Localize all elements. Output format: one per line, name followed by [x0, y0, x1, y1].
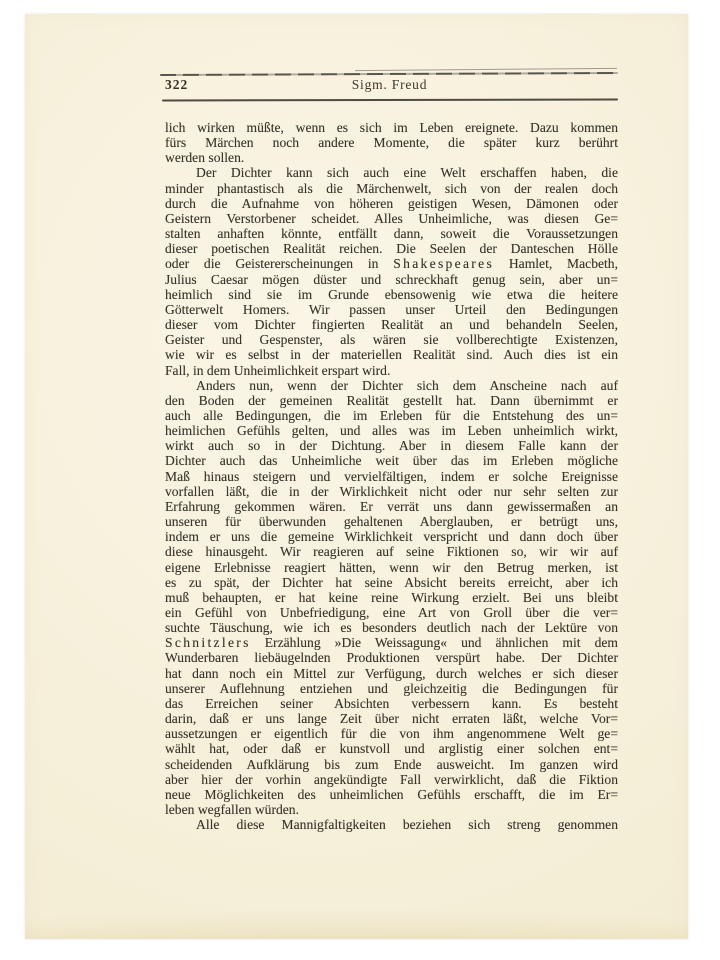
text-line: Julius Caesar mögen düster und schreckha…: [165, 272, 618, 287]
header-rule-bottom: [162, 99, 618, 102]
letter-spaced-word: Shakespeares: [393, 256, 494, 271]
page-header: 322 Sigm. Freud: [163, 77, 616, 95]
book-page-scan: 322 Sigm. Freud lich wirken müßte, wenn …: [0, 0, 720, 960]
text-line: ein Gefühl von Unbefriedigung, eine Art …: [165, 605, 618, 620]
running-head: Sigm. Freud: [163, 77, 616, 93]
text-line: neue Möglichkeiten des unheimlichen Gefü…: [165, 787, 618, 802]
text-line: Der Dichter kann sich auch eine Welt ers…: [165, 165, 618, 180]
text-line: Dichter auch das Unheimliche weit über d…: [165, 453, 618, 468]
text-line: Götterwelt Homers. Wir passen unser Urte…: [165, 302, 618, 317]
text-line: wirkt auch so in der Dichtung. Aber in d…: [165, 438, 618, 453]
text-line: Schnitzlers Erzählung »Die Weissagung« u…: [165, 635, 618, 650]
text-line: Maß hinaus steigern und vervielfältigen,…: [165, 469, 618, 484]
text-line: leben wegfallen würden.: [165, 802, 618, 817]
text-line: Wunderbaren liebäugelnden Produktionen v…: [165, 650, 618, 665]
text-line: Geister und Gespenster, als wären sie vo…: [165, 332, 618, 347]
text-line: wie wir es selbst in der materiellen Rea…: [165, 347, 618, 362]
text-line: aber hier der vorhin angekündigte Fall v…: [165, 772, 618, 787]
text-line: hat dann noch ein Mittel zur Verfügung, …: [165, 666, 618, 681]
text-line: oder die Geistererscheinungen in Shakesp…: [165, 256, 618, 271]
text-line: lich wirken müßte, wenn es sich im Leben…: [165, 120, 618, 135]
text-line: unserer Auflehnung entziehen und gleichz…: [165, 681, 618, 696]
text-line: indem er uns die gemeine Wirklichkeit ve…: [165, 529, 618, 544]
text-line: heimlich sind sie im Grunde ebensowenig …: [165, 287, 618, 302]
text-line: werden sollen.: [165, 150, 618, 165]
text-line: Geistern Verstorbener scheidet. Alles Un…: [165, 211, 618, 226]
text-line: Fall, in dem Unheimlichkeit erspart wird…: [165, 363, 618, 378]
text-line: wählt hat, oder daß er kunstvoll und arg…: [165, 741, 618, 756]
text-line: unseren für überwunden gehaltenen Abergl…: [165, 514, 618, 529]
text-line: den Boden der gemeinen Realität gestellt…: [165, 393, 618, 408]
text-line: suchte Täuschung, wie ich es besonders d…: [165, 620, 618, 635]
header-rule-top: [160, 72, 618, 76]
text-line: durch die Aufnahme von höheren geistigen…: [165, 196, 618, 211]
text-line: auch alle Bedingungen, die im Erleben fü…: [165, 408, 618, 423]
text-line: dieser poetischen Realität reichen. Die …: [165, 241, 618, 256]
text-line: Erfahrung gekommen wären. Er verrät uns …: [165, 499, 618, 514]
text-line: scheidenden Aufklärung bis zum Ende ausw…: [165, 757, 618, 772]
text-line: eigene Erlebnisse reagiert hätten, wenn …: [165, 560, 618, 575]
text-line: heimlichen Gefühls gelten, und alles was…: [165, 423, 618, 438]
letter-spaced-word: Schnitzlers: [165, 635, 251, 650]
text-line: minder phantastisch als die Märchenwelt,…: [165, 181, 618, 196]
text-line: darin, daß er uns lange Zeit über nicht …: [165, 711, 618, 726]
text-line: aussetzungen er eigentlich für die von i…: [165, 726, 618, 741]
text-line: fürs Märchen noch andere Momente, die sp…: [165, 135, 618, 150]
page-curl-shadow: [25, 869, 688, 939]
page: 322 Sigm. Freud lich wirken müßte, wenn …: [25, 14, 688, 939]
text-line: das Erreichen seiner Absichten verbesser…: [165, 696, 618, 711]
text-line: Alle diese Mannigfaltigkeiten beziehen s…: [165, 817, 618, 832]
page-body: lich wirken müßte, wenn es sich im Leben…: [165, 120, 618, 832]
text-line: muß behaupten, er hat keine reine Wirkun…: [165, 590, 618, 605]
text-line: es zu spät, der Dichter hat seine Absich…: [165, 575, 618, 590]
text-line: diese hinausgeht. Wir reagieren auf sein…: [165, 544, 618, 559]
text-line: stalten anhaften könnte, entfällt dann, …: [165, 226, 618, 241]
header-rule-top-artifact: [355, 67, 617, 71]
text-line: Anders nun, wenn der Dichter sich dem An…: [165, 378, 618, 393]
text-line: dieser vom Dichter fingierten Realität a…: [165, 317, 618, 332]
text-line: vorfallen läßt, die in der Wirklichkeit …: [165, 484, 618, 499]
